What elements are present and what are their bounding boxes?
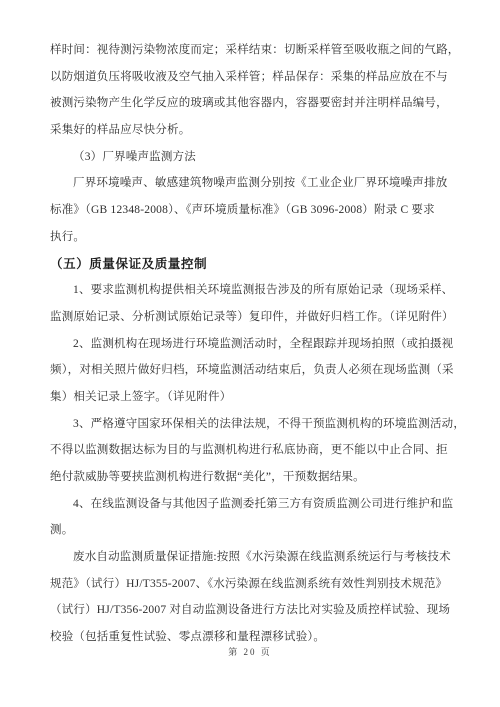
text-line: 不得以监测数据达标为目的与监测机构进行私底协商，更不能以中止合同、拒 — [50, 437, 462, 464]
text-line: 样时间：视待测污染物浓度而定；采样结束：切断采样管至吸收瓶之间的气路， — [50, 37, 462, 64]
text-line: 4、在线监测设备与其他因子监测委托第三方有资质监测公司进行维护和监 — [50, 491, 462, 518]
page-number: 第 20 页 — [0, 645, 500, 658]
text-line: 3、严格遵守国家环保相关的法律法规，不得干预监测机构的环境监测活动， — [50, 411, 462, 438]
text-line: 厂界环境噪声、敏感建筑物噪声监测分别按《工业企业厂界环境噪声排放 — [50, 170, 462, 197]
text-line: 频），对相关照片做好归档，环境监测活动结束后，负责人必须在现场监测（采 — [50, 357, 462, 384]
text-line: 以防烟道负压将吸收液及空气抽入采样管；样品保存：采集的样品应放在不与 — [50, 64, 462, 91]
text-line: 1、要求监测机构提供相关环境监测报告涉及的所有原始记录（现场采样、 — [50, 277, 462, 304]
text-line: 采集好的样品应尽快分析。 — [50, 117, 462, 144]
text-line: 规范》（试行）HJ/T355-2007、《水污染源在线监测系统有效性判别技术规范… — [50, 571, 462, 598]
text-line: （试行）HJ/T356-2007 对自动监测设备进行方法比对实验及质控样试验、现… — [50, 597, 462, 624]
text-line: 执行。 — [50, 224, 462, 251]
text-line: 绝付款威胁等要挟监测机构进行数据“美化”，干预数据结果。 — [50, 464, 462, 491]
section-heading: （五）质量保证及质量控制 — [50, 251, 462, 278]
subsection-title: （3）厂界噪声监测方法 — [50, 144, 462, 171]
text-line: 测。 — [50, 517, 462, 544]
text-line: 被测污染物产生化学反应的玻璃或其他容器内，容器要密封并注明样品编号， — [50, 90, 462, 117]
text-line: 2、监测机构在现场进行环境监测活动时，全程跟踪并现场拍照（或拍摄视 — [50, 331, 462, 358]
text-line: 监测原始记录、分析测试原始记录等）复印件，并做好归档工作。（详见附件） — [50, 304, 462, 331]
document-page: 样时间：视待测污染物浓度而定；采样结束：切断采样管至吸收瓶之间的气路， 以防烟道… — [0, 0, 500, 707]
text-line: 废水自动监测质量保证措施:按照《水污染源在线监测系统运行与考核技术 — [50, 544, 462, 571]
text-line: 集）相关记录上签字。（详见附件） — [50, 384, 462, 411]
document-body: 样时间：视待测污染物浓度而定；采样结束：切断采样管至吸收瓶之间的气路， 以防烟道… — [50, 37, 462, 651]
text-line: 标准》（GB 12348-2008）、《声环境质量标准》（GB 3096-200… — [50, 197, 462, 224]
